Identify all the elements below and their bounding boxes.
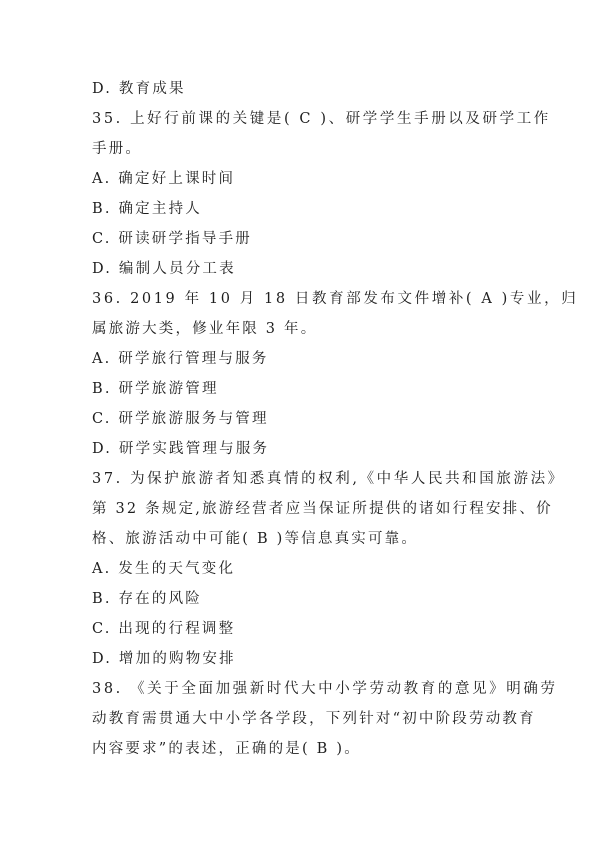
question-stem-line: 36. 2019 年 10 月 18 日教育部发布文件增补( A )专业，归 [92,284,512,314]
question-37: 37. 为保护旅游者知悉真情的权利,《中华人民共和国旅游法》 第 32 条规定,… [92,464,512,674]
option-c: C. 研学旅游服务与管理 [92,404,512,434]
question-stem-line: 内容要求”的表述，正确的是( B )。 [92,734,512,764]
option-d: D. 编制人员分工表 [92,254,512,284]
option-b: B. 存在的风险 [92,584,512,614]
question-35: 35. 上好行前课的关键是( C )、研学学生手册以及研学工作 手册。 A. 确… [92,104,512,284]
option-d: D. 增加的购物安排 [92,644,512,674]
option-text: D. 教育成果 [92,74,512,104]
question-stem-line: 动教育需贯通大中小学各学段，下列针对“初中阶段劳动教育 [92,704,512,734]
option-c: C. 研读研学指导手册 [92,224,512,254]
option-b: B. 研学旅游管理 [92,374,512,404]
question-stem-line: 35. 上好行前课的关键是( C )、研学学生手册以及研学工作 [92,104,512,134]
question-stem-line: 手册。 [92,134,512,164]
option-d: D. 研学实践管理与服务 [92,434,512,464]
option-a: A. 确定好上课时间 [92,164,512,194]
question-stem-line: 37. 为保护旅游者知悉真情的权利,《中华人民共和国旅游法》 [92,464,512,494]
question-stem-line: 属旅游大类，修业年限 3 年。 [92,314,512,344]
question-stem-line: 格、旅游活动中可能( B )等信息真实可靠。 [92,524,512,554]
option-a: A. 研学旅行管理与服务 [92,344,512,374]
question-36: 36. 2019 年 10 月 18 日教育部发布文件增补( A )专业，归 属… [92,284,512,464]
option-c: C. 出现的行程调整 [92,614,512,644]
question-38: 38. 《关于全面加强新时代大中小学劳动教育的意见》明确劳 动教育需贯通大中小学… [92,674,512,764]
question-stem-line: 第 32 条规定,旅游经营者应当保证所提供的诸如行程安排、价 [92,494,512,524]
question-stem-line: 38. 《关于全面加强新时代大中小学劳动教育的意见》明确劳 [92,674,512,704]
option-b: B. 确定主持人 [92,194,512,224]
option-a: A. 发生的天气变化 [92,554,512,584]
question-list: D. 教育成果 35. 上好行前课的关键是( C )、研学学生手册以及研学工作 … [92,74,512,764]
document-page: D. 教育成果 35. 上好行前课的关键是( C )、研学学生手册以及研学工作 … [0,0,600,849]
